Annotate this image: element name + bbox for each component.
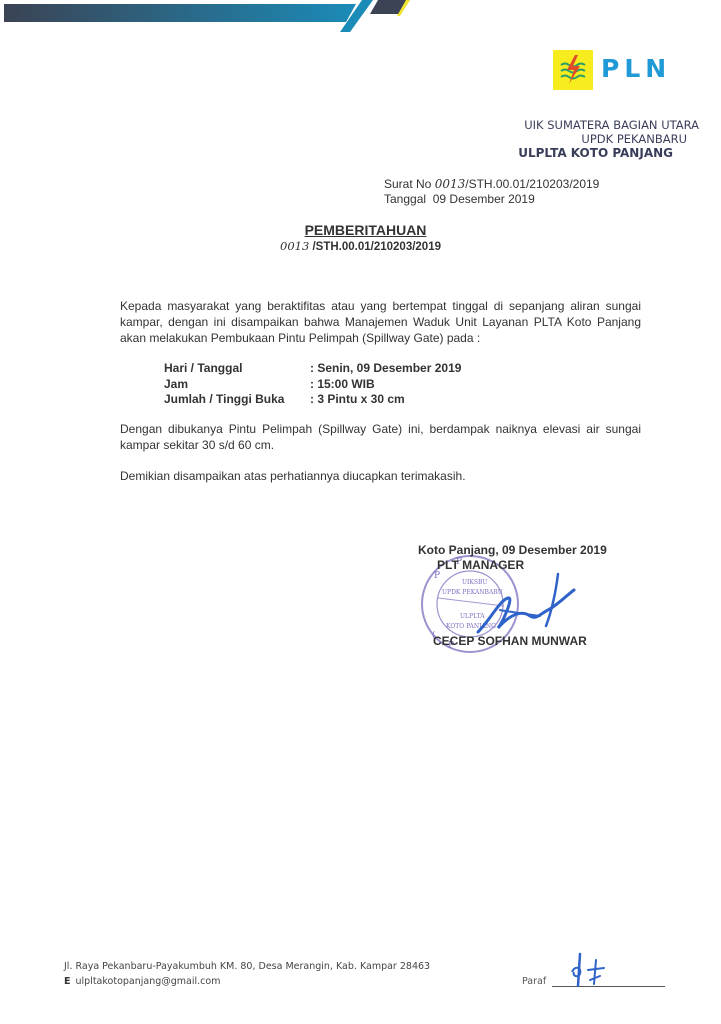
letter-number-label: Surat No <box>384 177 431 191</box>
schedule-details: Hari / Tanggal : Senin, 09 Desember 2019… <box>164 361 461 408</box>
detail-row-time: Jam : 15:00 WIB <box>164 377 461 393</box>
body-paragraph-1: Kepada masyarakat yang beraktifitas atau… <box>120 298 641 346</box>
pln-logo: PLN <box>553 50 671 90</box>
letter-date-label: Tanggal <box>384 192 426 206</box>
svg-text:P: P <box>434 571 440 581</box>
letter-number-handwritten: 0013 <box>435 177 466 191</box>
unit-line-2: UPDK PEKANBARU <box>581 132 687 147</box>
detail-value: : 3 Pintu x 30 cm <box>310 392 405 408</box>
detail-row-gates: Jumlah / Tinggi Buka : 3 Pintu x 30 cm <box>164 392 461 408</box>
detail-label: Hari / Tanggal <box>164 361 310 377</box>
detail-value: : Senin, 09 Desember 2019 <box>310 361 461 377</box>
footer-address: Jl. Raya Pekanbaru-Payakumbuh KM. 80, De… <box>64 961 430 972</box>
header-stripe <box>0 0 721 40</box>
body-paragraph-2: Dengan dibukanya Pintu Pelimpah (Spillwa… <box>120 421 641 453</box>
brand-name: PLN <box>601 54 671 83</box>
detail-label: Jam <box>164 377 310 393</box>
logo-badge <box>553 50 593 90</box>
letter-date: Tanggal 09 Desember 2019 <box>384 191 535 207</box>
detail-value: : 15:00 WIB <box>310 377 375 393</box>
unit-line-3: ULPLTA KOTO PANJANG <box>518 146 673 161</box>
lightning-waves-icon <box>553 50 593 90</box>
paraf-label: Paraf <box>522 976 546 987</box>
letter-number-value: /STH.00.01/210203/2019 <box>465 177 599 191</box>
document-number: 0013 /STH.00.01/210203/2019 <box>0 239 721 253</box>
signature-place-date: Koto Panjang, 09 Desember 2019 <box>418 543 607 557</box>
footer-email: Eulpltakotopanjang@gmail.com <box>64 976 220 987</box>
body-paragraph-3: Demikian disampaikan atas perhatiannya d… <box>120 468 641 484</box>
document-number-value: /STH.00.01/210203/2019 <box>309 241 441 253</box>
document-title: PEMBERITAHUAN <box>0 222 721 240</box>
handwritten-signature-icon <box>470 570 580 640</box>
email-address[interactable]: ulpltakotopanjang@gmail.com <box>76 976 221 987</box>
document-heading: PEMBERITAHUAN <box>305 222 427 238</box>
document-number-handwritten: 0013 <box>280 239 309 253</box>
signatory-name: CECEP SOFHAN MUNWAR <box>433 634 587 648</box>
letter-date-value: 09 Desember 2019 <box>433 192 535 206</box>
letter-number: Surat No 0013/STH.00.01/210203/2019 <box>384 176 599 192</box>
email-label: E <box>64 976 71 987</box>
unit-line-1: UIK SUMATERA BAGIAN UTARA <box>524 118 699 133</box>
initials-signature-icon <box>560 950 610 990</box>
detail-label: Jumlah / Tinggi Buka <box>164 392 310 408</box>
detail-row-date: Hari / Tanggal : Senin, 09 Desember 2019 <box>164 361 461 377</box>
